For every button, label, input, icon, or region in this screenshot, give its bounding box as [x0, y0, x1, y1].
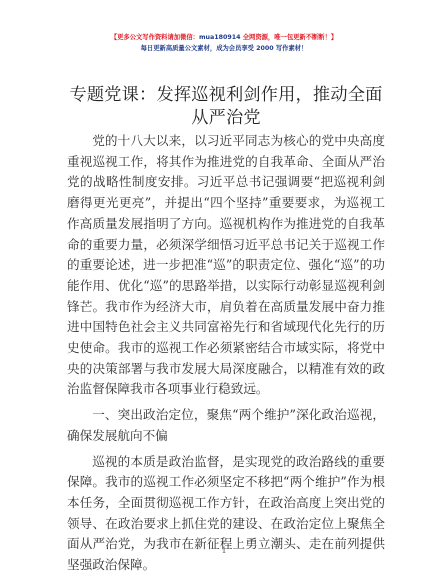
promo-banner: 【更多公文写作资料请加微信：mua180914 全网资源，唯一包更新不断断！】 …: [0, 33, 448, 54]
banner-line-1: 【更多公文写作资料请加微信：mua180914 全网资源，唯一包更新不断断！】: [0, 33, 448, 43]
banner-prefix: 【更多公文写作资料请加微信：: [111, 34, 199, 41]
paragraph-intro: 党的十八大以来，以习近平同志为核心的党中央高度重视巡视工作，将其作为推进党的自我…: [67, 131, 385, 400]
document-page: 【更多公文写作资料请加微信：mua180914 全网资源，唯一包更新不断断！】 …: [0, 0, 448, 580]
document-title: 专题党课：发挥巡视利剑作用，推动全面从严治党: [66, 84, 386, 130]
banner-suffix: 全网资源，唯一包更新不断断！】: [241, 34, 338, 41]
paragraph-section-1: 巡视的本质是政治监督，是实现党的政治路线的重要保障。我市的巡视工作必须坚定不移把…: [67, 452, 385, 576]
document-body: 党的十八大以来，以习近平同志为核心的党中央高度重视巡视工作，将其作为推进党的自我…: [67, 131, 385, 576]
page-number: 1: [0, 546, 448, 555]
banner-wechat-id: mua180914: [199, 34, 241, 41]
banner-line-2: 每日更新高质量公文素材，成为会员享受 2000 写作素材！: [0, 44, 448, 54]
section-heading-1: 一、突出政治定位，聚焦“两个维护”深化政治巡视，确保发展航向不偏: [67, 405, 385, 446]
